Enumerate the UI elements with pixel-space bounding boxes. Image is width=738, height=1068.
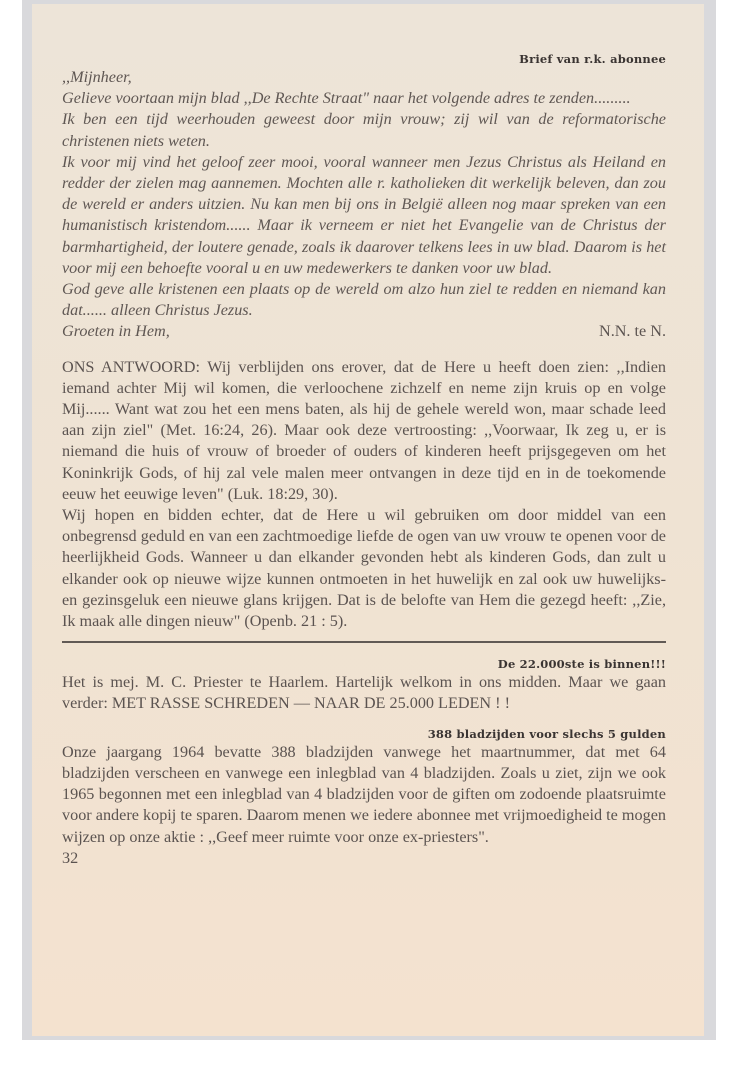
pages-offer-section: 388 bladzijden voor slechs 5 gulden Onze…	[62, 726, 666, 848]
section-divider	[62, 641, 666, 643]
members-section: De 22.000ste is binnen!!! Het is mej. M.…	[62, 656, 666, 714]
letter-closing: Groeten in Hem,	[62, 321, 170, 342]
members-heading: De 22.000ste is binnen!!!	[62, 656, 666, 672]
letter-section: Brief van r.k. abonnee ,,Mijnheer, Gelie…	[62, 51, 666, 343]
letter-paragraph: Gelieve voortaan mijn blad ,,De Rechte S…	[62, 88, 666, 109]
letter-signature: N.N. te N.	[599, 321, 666, 342]
letter-paragraph: God geve alle kristenen een plaats op de…	[62, 279, 666, 321]
magazine-page: Brief van r.k. abonnee ,,Mijnheer, Gelie…	[32, 4, 704, 1036]
letter-signoff: Groeten in Hem, N.N. te N.	[62, 321, 666, 342]
pages-offer-heading: 388 bladzijden voor slechs 5 gulden	[62, 726, 666, 742]
letter-heading: Brief van r.k. abonnee	[62, 51, 666, 67]
page-number: 32	[62, 848, 666, 869]
answer-paragraph: ONS ANTWOORD: Wij verblijden ons erover,…	[62, 357, 666, 505]
answer-paragraph: Wij hopen en bidden echter, dat de Here …	[62, 505, 666, 632]
letter-salutation: ,,Mijnheer,	[62, 67, 666, 88]
pages-offer-text: Onze jaargang 1964 bevatte 388 bladzijde…	[62, 742, 666, 848]
page-content: Brief van r.k. abonnee ,,Mijnheer, Gelie…	[62, 51, 666, 869]
letter-paragraph: Ik voor mij vind het geloof zeer mooi, v…	[62, 152, 666, 279]
letter-paragraph: Ik ben een tijd weerhouden geweest door …	[62, 109, 666, 151]
answer-section: ONS ANTWOORD: Wij verblijden ons erover,…	[62, 357, 666, 633]
members-text: Het is mej. M. C. Priester te Haarlem. H…	[62, 672, 666, 714]
